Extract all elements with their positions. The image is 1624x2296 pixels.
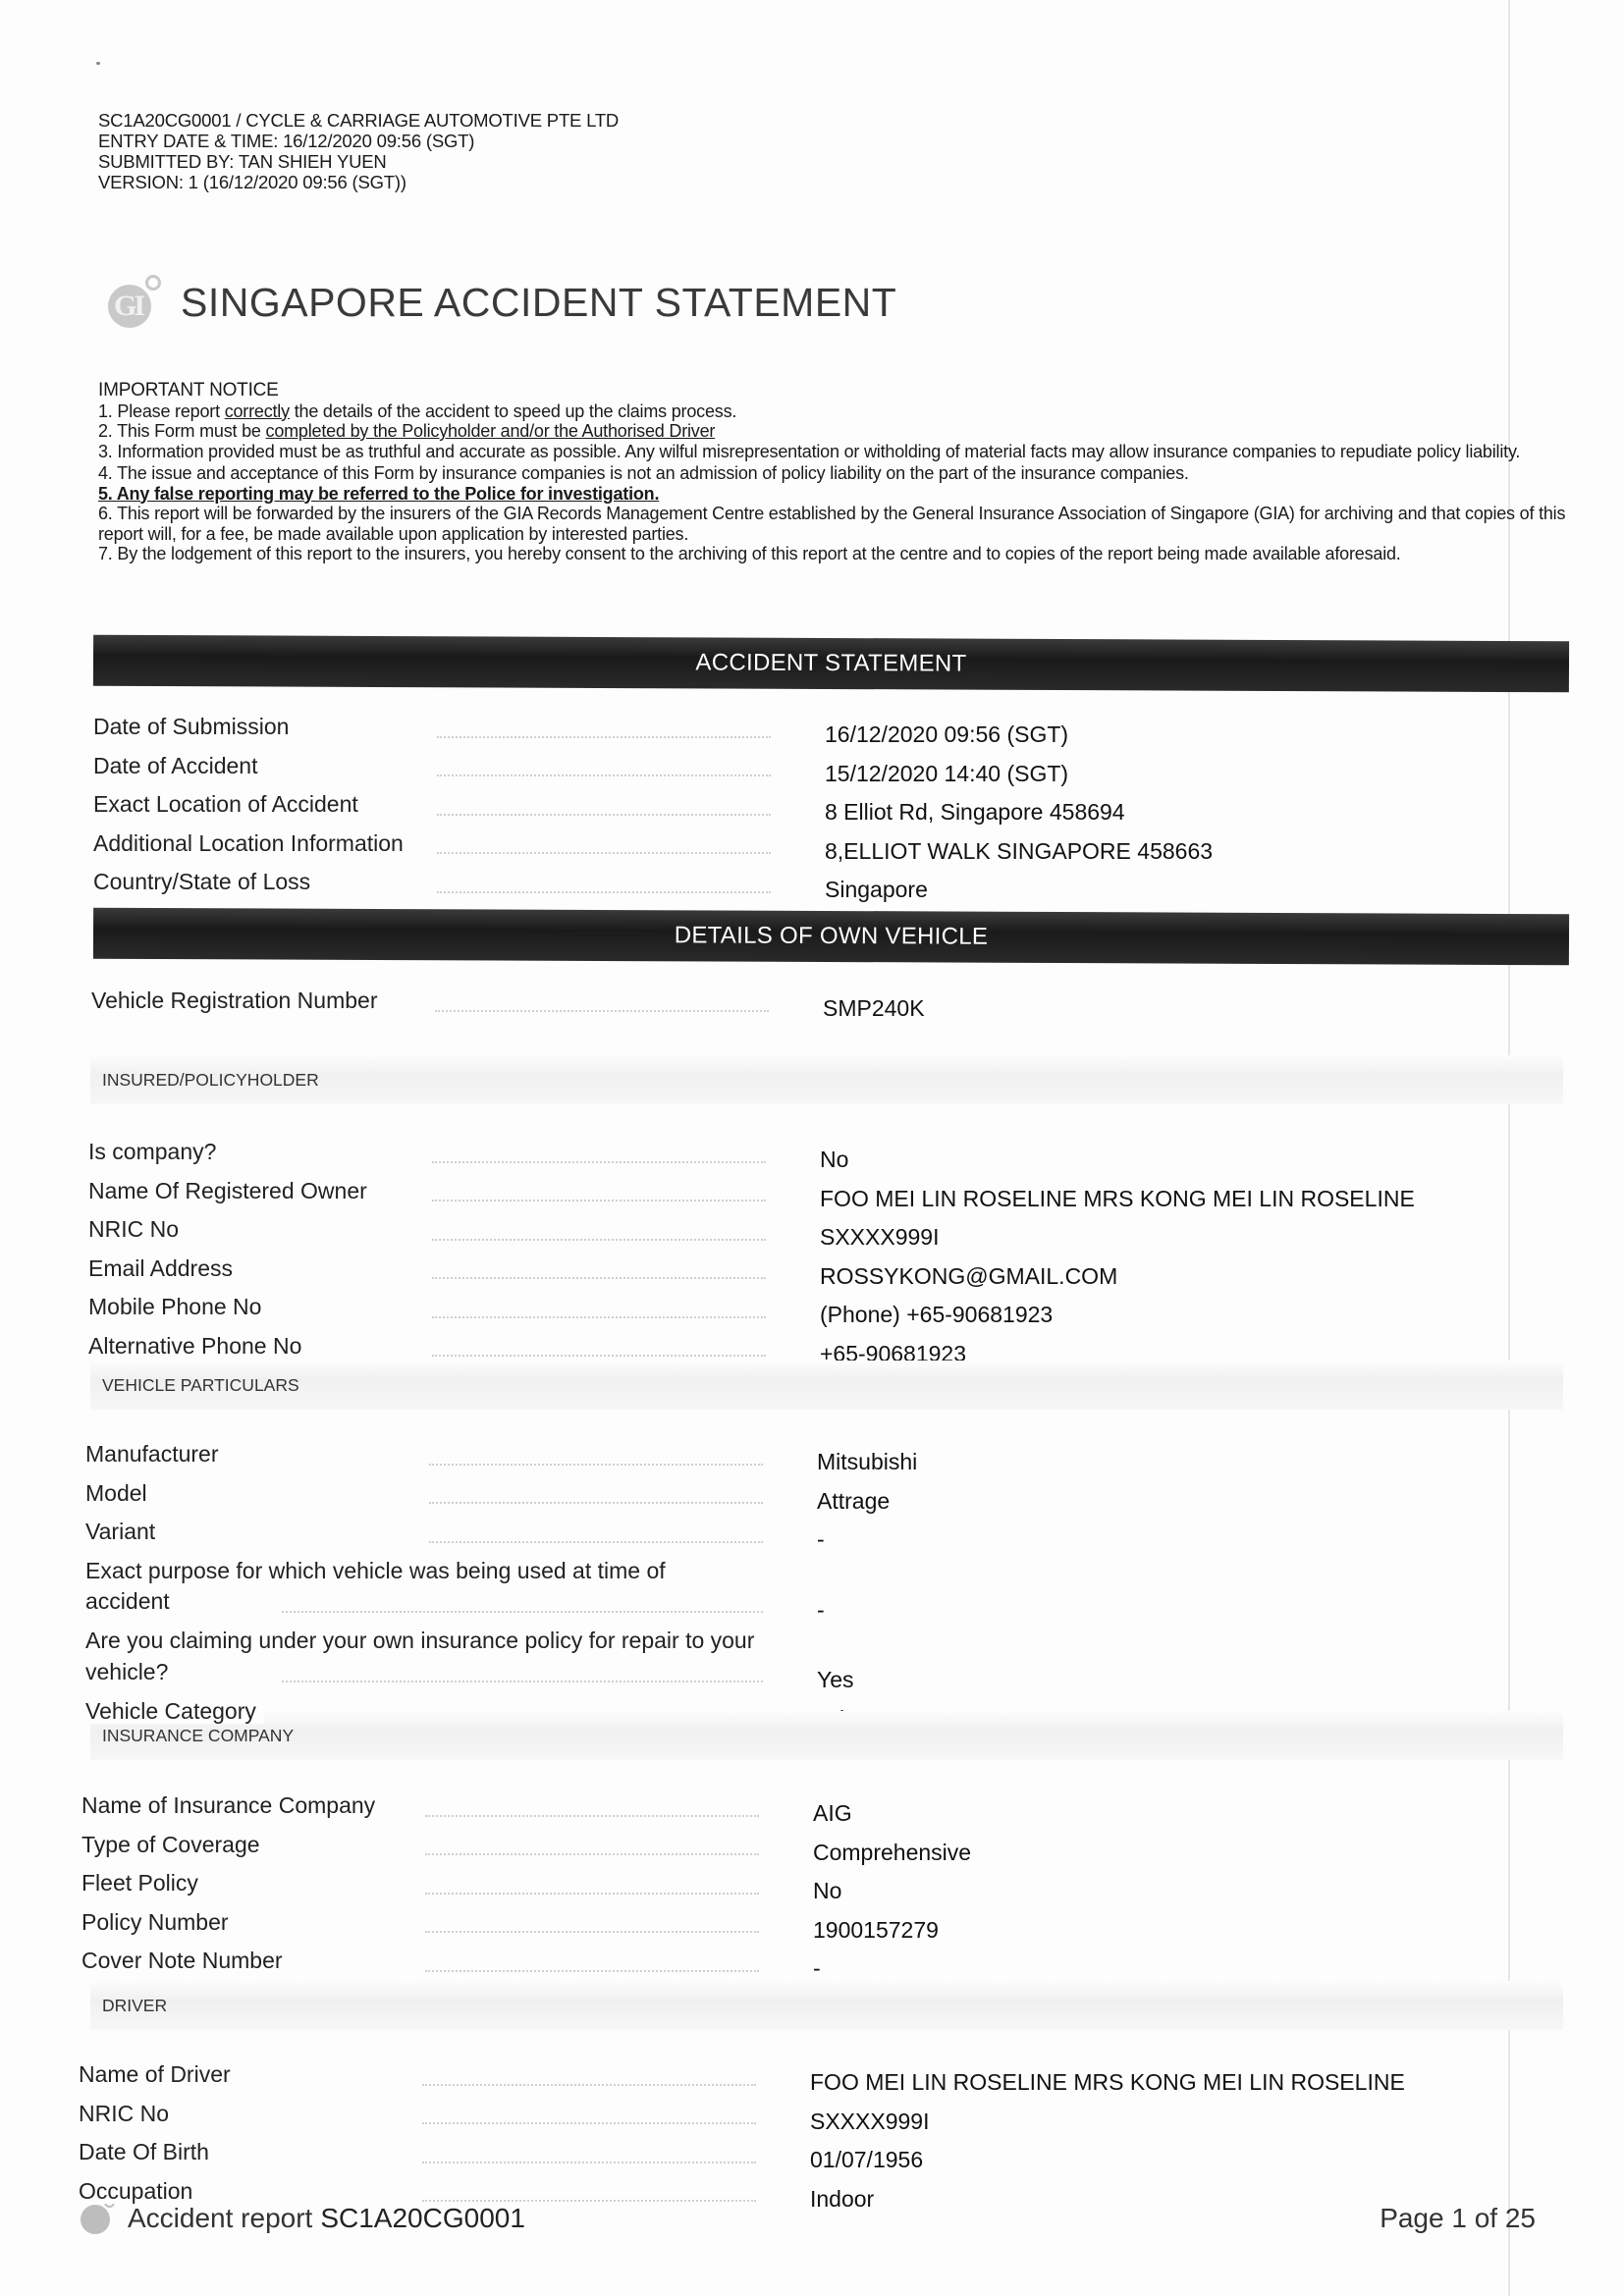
subsection-vehicle-particulars: VEHICLE PARTICULARS [90, 1361, 1563, 1410]
field-row: Variant- [85, 1517, 1509, 1556]
notice-item-2: 2. This Form must be completed by the Po… [98, 421, 1571, 442]
field-value: Yes [817, 1626, 854, 1696]
field-value: Attrage [817, 1478, 890, 1518]
field-label: NRIC No [88, 1216, 187, 1242]
field-label: Name of Driver [79, 2061, 239, 2087]
section-own-vehicle: DETAILS OF OWN VEHICLE [93, 908, 1569, 966]
field-row: Date of Accident15/12/2020 14:40 (SGT) [93, 751, 1517, 790]
field-value: 8 Elliot Rd, Singapore 458694 [825, 789, 1125, 828]
field-label: Vehicle Category [85, 1698, 264, 1724]
field-row: Date of Submission16/12/2020 09:56 (SGT) [93, 712, 1517, 751]
field-value: 16/12/2020 09:56 (SGT) [825, 712, 1068, 751]
report-meta: SC1A20CG0001 / CYCLE & CARRIAGE AUTOMOTI… [98, 110, 619, 192]
field-label: Country/State of Loss [93, 869, 318, 894]
notice-item-3: 3. Information provided must be as truth… [98, 442, 1571, 462]
field-value: ROSSYKONG@GMAIL.COM [820, 1254, 1117, 1293]
field-row: Cover Note Number- [81, 1946, 1505, 1985]
notice-item-6: 6. This report will be forwarded by the … [98, 504, 1571, 544]
meta-version: VERSION: 1 (16/12/2020 09:56 (SGT)) [98, 172, 619, 192]
important-notice: IMPORTANT NOTICE 1. Please report correc… [98, 381, 1571, 564]
field-value: No [813, 1868, 841, 1907]
notice-item-7: 7. By the lodgement of this report to th… [98, 544, 1571, 564]
field-label: Occupation [79, 2178, 200, 2204]
footer-report-id: SC1A20CG0001 [320, 2203, 525, 2234]
subsection-insurance-company: INSURANCE COMPANY [90, 1711, 1563, 1760]
page-footer: Accident report SC1A20CG0001 Page 1 of 2… [81, 2197, 1553, 2240]
subsection-insured: INSURED/POLICYHOLDER [90, 1055, 1563, 1104]
field-row: Fleet PolicyNo [81, 1868, 1505, 1907]
field-label: Variant [85, 1519, 163, 1544]
registration-row: Vehicle Registration Number SMP240K [91, 986, 1515, 1025]
field-label: Date of Submission [93, 714, 297, 739]
footer-report-label: Accident report [128, 2203, 312, 2234]
field-row: Mobile Phone No(Phone) +65-90681923 [88, 1292, 1512, 1331]
meta-reference: SC1A20CG0001 / CYCLE & CARRIAGE AUTOMOTI… [98, 110, 619, 131]
field-row: Vehicle Registration Number SMP240K [91, 986, 1515, 1025]
field-value: No [820, 1137, 848, 1176]
section-accident-statement: ACCIDENT STATEMENT [93, 635, 1569, 693]
field-label: Mobile Phone No [88, 1294, 269, 1319]
field-label: Model [85, 1480, 155, 1506]
field-label: Manufacturer [85, 1441, 227, 1467]
field-row: NRIC NoSXXXX999I [88, 1214, 1512, 1254]
document-header: GI SINGAPORE ACCIDENT STATEMENT [108, 275, 896, 330]
field-value: (Phone) +65-90681923 [820, 1292, 1053, 1331]
field-row: Additional Location Information8,ELLIOT … [93, 828, 1517, 868]
field-row: Date Of Birth01/07/1956 [79, 2137, 1502, 2176]
field-label: Date of Accident [93, 753, 266, 778]
field-row: Name of Insurance CompanyAIG [81, 1790, 1505, 1830]
field-row: Name Of Registered OwnerFOO MEI LIN ROSE… [88, 1176, 1512, 1215]
field-value: SXXXX999I [810, 2099, 929, 2138]
field-label: Policy Number [81, 1909, 237, 1935]
field-row: Type of CoverageComprehensive [81, 1830, 1505, 1869]
field-value: 15/12/2020 14:40 (SGT) [825, 751, 1068, 790]
field-row: Country/State of LossSingapore [93, 867, 1517, 906]
accident-statement-rows: Date of Submission16/12/2020 09:56 (SGT)… [93, 712, 1517, 906]
field-value: Comprehensive [813, 1830, 971, 1869]
notice-item-4: 4. The issue and acceptance of this Form… [98, 463, 1571, 484]
field-value: FOO MEI LIN ROSELINE MRS KONG MEI LIN RO… [810, 2059, 1405, 2099]
field-label: Exact Location of Accident [93, 791, 366, 817]
field-row: ManufacturerMitsubishi [85, 1439, 1509, 1478]
field-value: AIG [813, 1790, 852, 1830]
field-row: Name of DriverFOO MEI LIN ROSELINE MRS K… [79, 2059, 1502, 2099]
field-label: Is company? [88, 1139, 224, 1164]
page-number: Page 1 of 25 [1380, 2203, 1536, 2234]
field-row: Policy Number1900157279 [81, 1907, 1505, 1947]
field-value: Singapore [825, 867, 928, 906]
field-label: Alternative Phone No [88, 1333, 309, 1359]
field-value: FOO MEI LIN ROSELINE MRS KONG MEI LIN RO… [820, 1176, 1415, 1215]
field-row: Email AddressROSSYKONG@GMAIL.COM [88, 1254, 1512, 1293]
field-value: - [817, 1556, 825, 1627]
field-value: Mitsubishi [817, 1439, 917, 1478]
insured-rows: Is company?NoName Of Registered OwnerFOO… [88, 1137, 1512, 1369]
notice-item-5: 5. Any false reporting may be referred t… [98, 484, 1571, 505]
meta-entry-date: ENTRY DATE & TIME: 16/12/2020 09:56 (SGT… [98, 131, 619, 151]
field-label: Fleet Policy [81, 1870, 206, 1896]
field-value: SXXXX999I [820, 1214, 939, 1254]
field-row: Is company?No [88, 1137, 1512, 1176]
field-row: Exact purpose for which vehicle was bein… [85, 1556, 1509, 1627]
field-value: SMP240K [823, 986, 925, 1025]
field-label: Vehicle Registration Number [91, 988, 385, 1013]
field-label: Additional Location Information [93, 830, 411, 856]
particulars-rows: ManufacturerMitsubishiModelAttrageVarian… [85, 1439, 1509, 1735]
notice-heading: IMPORTANT NOTICE [98, 381, 1571, 401]
field-label: Exact purpose for which vehicle was bein… [85, 1558, 666, 1615]
meta-submitted-by: SUBMITTED BY: TAN SHIEH YUEN [98, 151, 619, 172]
field-label: Date Of Birth [79, 2139, 217, 2164]
field-label: Email Address [88, 1255, 241, 1281]
field-row: NRIC NoSXXXX999I [79, 2099, 1502, 2138]
field-value: 1900157279 [813, 1907, 939, 1947]
field-label: Are you claiming under your own insuranc… [85, 1628, 754, 1684]
page-title: SINGAPORE ACCIDENT STATEMENT [181, 280, 896, 326]
field-value: 01/07/1956 [810, 2137, 923, 2176]
notice-item-1: 1. Please report correctly the details o… [98, 401, 1571, 422]
field-value: 8,ELLIOT WALK SINGAPORE 458663 [825, 828, 1213, 868]
field-label: Name of Insurance Company [81, 1792, 383, 1818]
driver-rows: Name of DriverFOO MEI LIN ROSELINE MRS K… [79, 2059, 1502, 2215]
subsection-driver: DRIVER [90, 1981, 1563, 2030]
insurance-rows: Name of Insurance CompanyAIGType of Cove… [81, 1790, 1505, 1985]
field-label: NRIC No [79, 2101, 177, 2126]
field-row: Are you claiming under your own insuranc… [85, 1626, 1509, 1696]
gia-logo-icon: GI [108, 275, 167, 330]
field-value: - [817, 1517, 825, 1556]
field-row: ModelAttrage [85, 1478, 1509, 1518]
scan-artifact [96, 62, 100, 65]
field-row: Exact Location of Accident8 Elliot Rd, S… [93, 789, 1517, 828]
field-label: Cover Note Number [81, 1948, 291, 1973]
field-label: Name Of Registered Owner [88, 1178, 375, 1203]
field-label: Type of Coverage [81, 1832, 268, 1857]
field-value: - [813, 1946, 821, 1985]
